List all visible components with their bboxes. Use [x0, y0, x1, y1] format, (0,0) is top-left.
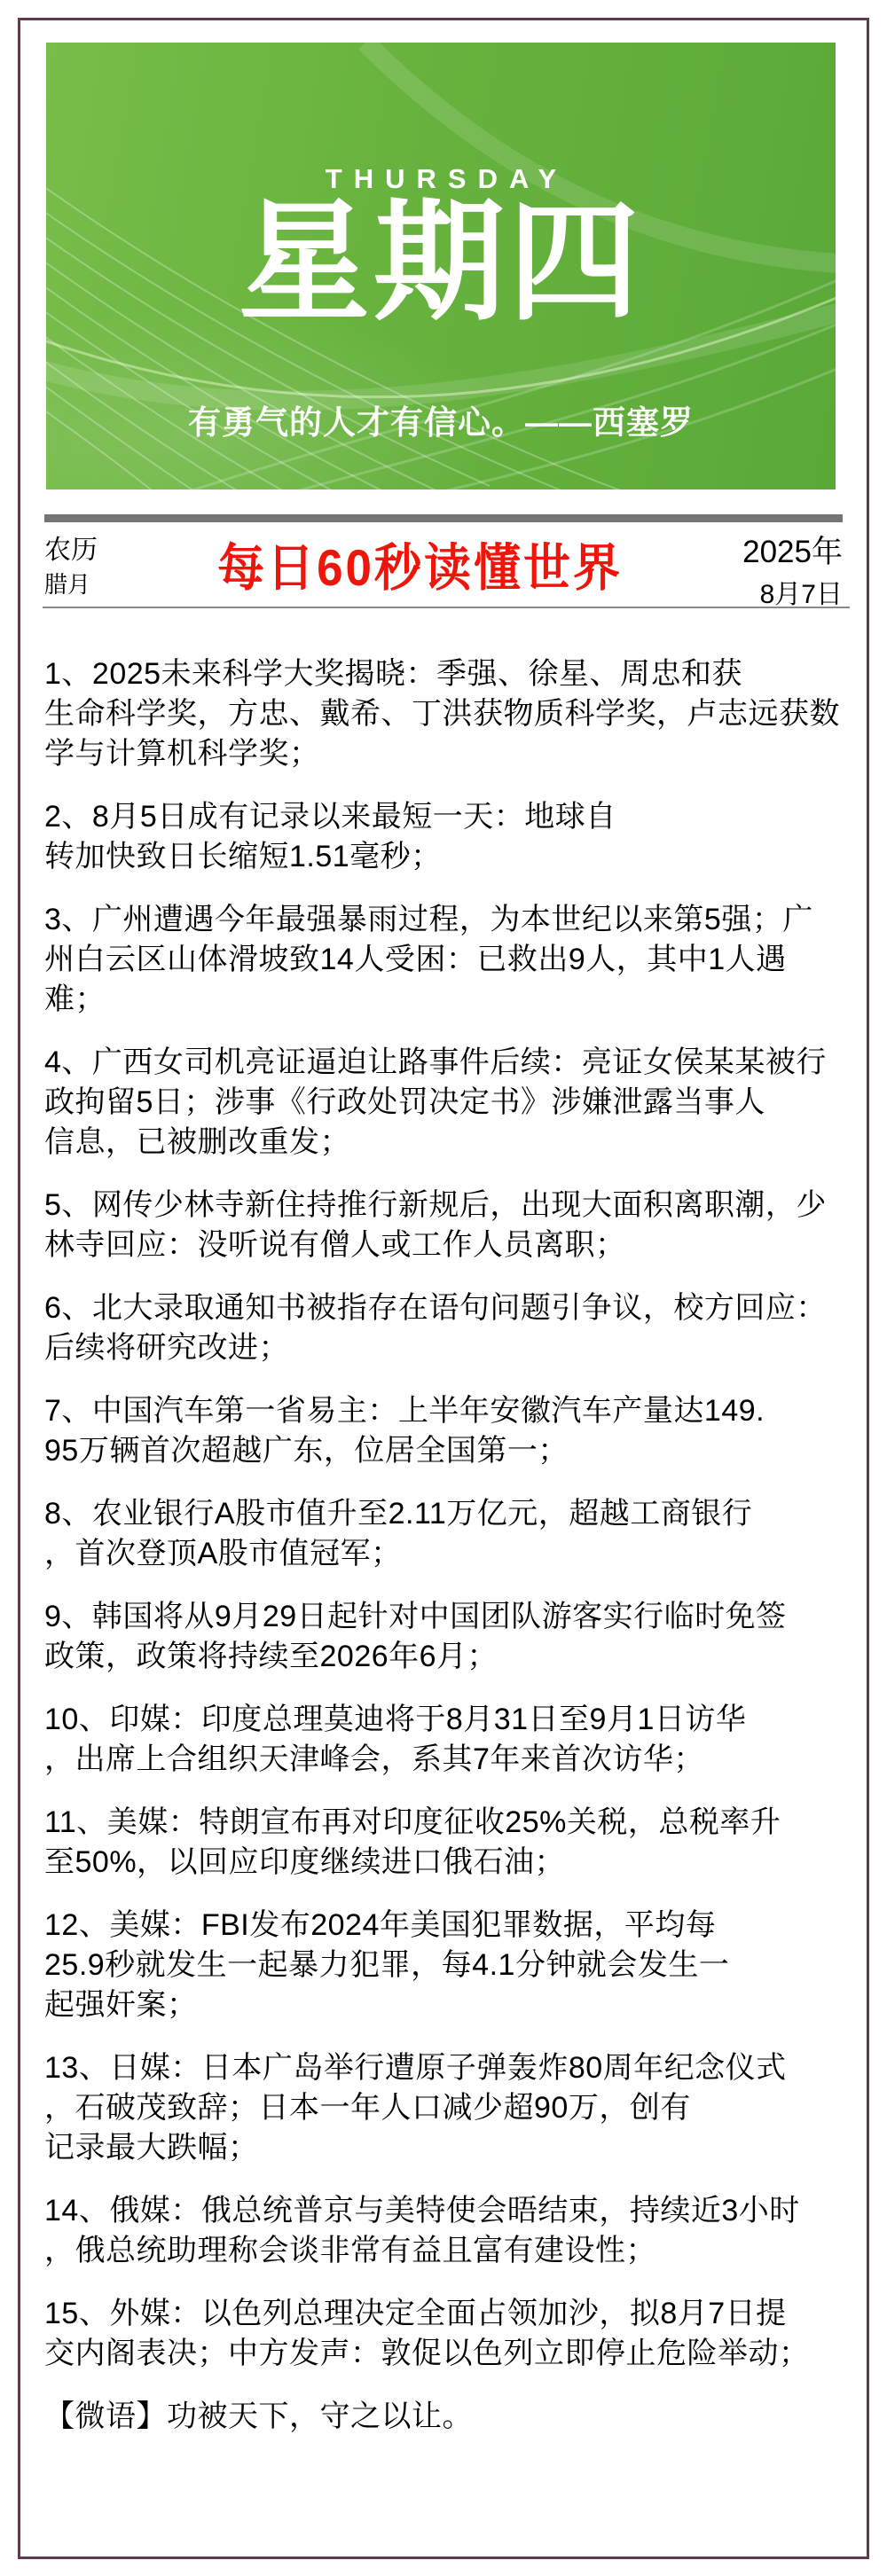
weekday-chinese: 星期四 [46, 192, 836, 336]
news-item: 4、广西女司机亮证逼迫让路事件后续：亮证女侯某某被行 政拘留5日；涉事《行政处罚… [44, 1043, 843, 1163]
news-item: 1、2025未来科学大奖揭晓：季强、徐星、周忠和获 生命科学奖，方忠、戴希、丁洪… [44, 654, 843, 774]
weiyu-note: 【微语】功被天下，守之以让。 [44, 2397, 843, 2437]
news-item: 3、广州遭遇今年最强暴雨过程，为本世纪以来第5强；广 州白云区山体滑坡致14人受… [44, 900, 843, 1020]
weekday-banner: THURSDAY 星期四 有勇气的人才有信心。——西塞罗 [46, 43, 836, 489]
lunar-month: 腊月 [44, 567, 98, 599]
news-item: 11、美媒：特朗宣布再对印度征收25%关税，总税率升 至50%，以回应印度继续进… [44, 1803, 843, 1883]
news-item: 8、农业银行A股市值升至2.11万亿元，超越工商银行 ，首次登顶A股市值冠军； [44, 1494, 843, 1574]
daily-quote: 有勇气的人才有信心。——西塞罗 [46, 395, 836, 443]
news-list: 1、2025未来科学大奖揭晓：季强、徐星、周忠和获 生命科学奖，方忠、戴希、丁洪… [20, 608, 867, 2437]
lunar-label: 农历 [44, 528, 98, 567]
news-item: 2、8月5日成有记录以来最短一天：地球自 转加快致日长缩短1.51毫秒； [44, 797, 843, 877]
news-item: 7、中国汽车第一省易主：上半年安徽汽车产量达149. 95万辆首次超越广东，位居… [44, 1391, 843, 1471]
lunar-column: 农历 腊月 [44, 525, 98, 603]
date-column: 2025年 8月7日 [742, 525, 843, 603]
news-item: 9、韩国将从9月29日起针对中国团队游客实行临时免签 政策，政策将持续至2026… [44, 1597, 843, 1677]
news-item: 5、网传少林寺新住持推行新规后，出现大面积离职潮，少 林寺回应：没听说有僧人或工… [44, 1186, 843, 1265]
date-bar: 农历 腊月 每日60秒读懂世界 2025年 8月7日 [44, 525, 843, 603]
news-item: 14、俄媒：俄总统普京与美特使会晤结束，持续近3小时 ，俄总统助理称会谈非常有益… [44, 2191, 843, 2271]
card-border-frame: THURSDAY 星期四 有勇气的人才有信心。——西塞罗 农历 腊月 每日60秒… [18, 18, 869, 2559]
news-item: 6、北大录取通知书被指存在语句问题引争议，校方回应： 后续将研究改进； [44, 1288, 843, 1368]
divider-thick [44, 514, 843, 522]
year-label: 2025年 [742, 528, 843, 572]
news-item: 10、印媒：印度总理莫迪将于8月31日至9月1日访华 ，出席上合组织天津峰会，系… [44, 1700, 843, 1780]
news-item: 12、美媒：FBI发布2024年美国犯罪数据，平均每 25.9秒就发生一起暴力犯… [44, 1906, 843, 2025]
news-item: 13、日媒：日本广岛举行遭原子弹轰炸80周年纪念仪式 ，石破茂致辞；日本一年人口… [44, 2048, 843, 2168]
brand-title: 每日60秒读懂世界 [217, 528, 623, 600]
news-item: 15、外媒：以色列总理决定全面占领加沙，拟8月7日提 交内阁表决；中方发声：敦促… [44, 2294, 843, 2374]
date-label: 8月7日 [742, 572, 843, 611]
